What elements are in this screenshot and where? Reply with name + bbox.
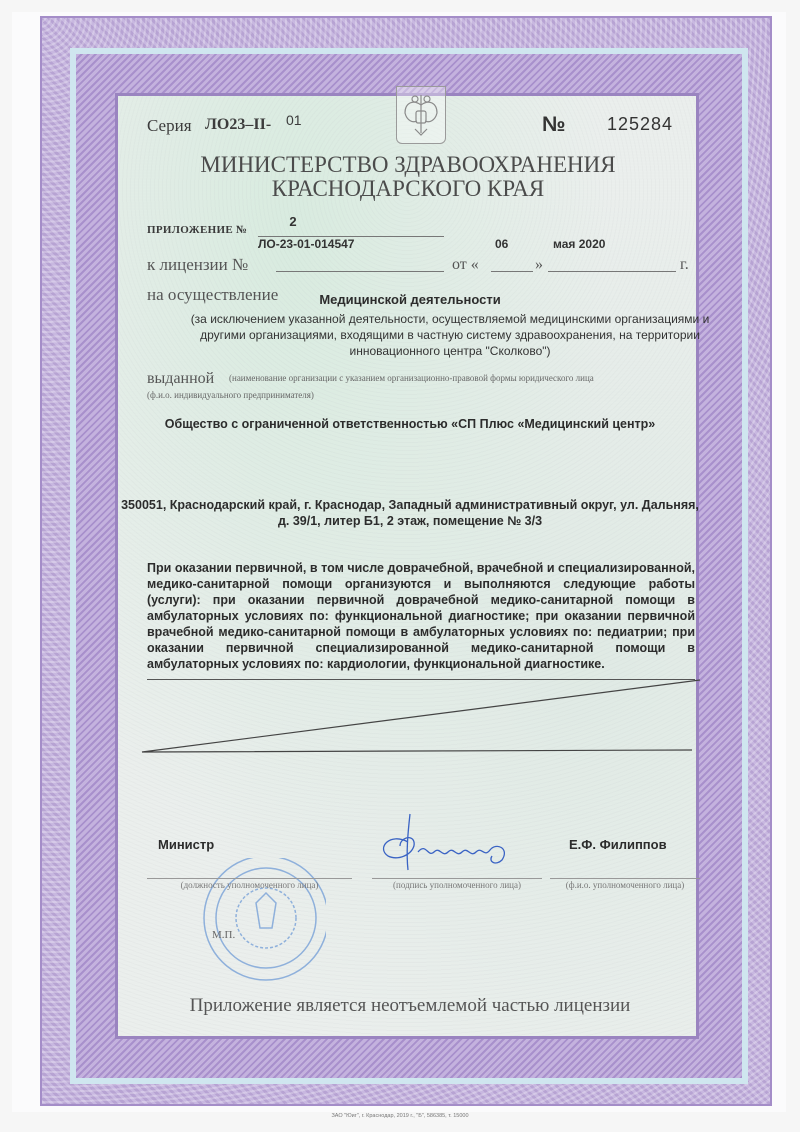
license-month-line [548, 271, 676, 272]
signatory-position: Министр [158, 837, 214, 852]
russian-coat-of-arms-icon [396, 86, 446, 144]
signatory-name: Е.Ф. Филиппов [569, 837, 667, 852]
stamp-place-label: М.П. [212, 929, 235, 941]
series-suffix: 01 [286, 112, 302, 128]
footer-statement: Приложение является неотъемлемой частью … [120, 995, 700, 1017]
name-line [550, 878, 700, 879]
activity-title: Медицинской деятельности [120, 292, 700, 307]
license-form-number: 125284 [607, 114, 673, 135]
signature-line [372, 878, 542, 879]
license-year-suffix: г. [680, 256, 689, 274]
position-line [147, 878, 352, 879]
series-label: Серия [147, 116, 192, 136]
position-caption: (должность уполномоченного лица) [147, 880, 352, 890]
organization-address: 350051, Краснодарский край, г. Краснодар… [120, 497, 700, 529]
organization-name: Общество с ограниченной ответственностью… [120, 417, 700, 431]
license-label: к лицензии № [147, 255, 248, 275]
series-code: ЛО23–II- [205, 116, 271, 134]
license-day: 06 [495, 237, 508, 251]
printer-imprint: ЗАО "Юиг", г. Краснодар, 2019 г., "Б", 5… [250, 1113, 550, 1119]
license-date-close-quote: » [535, 256, 543, 274]
handwritten-signature [370, 812, 520, 876]
signature-caption: (подпись уполномоченного лица) [372, 880, 542, 890]
license-day-line [491, 271, 533, 272]
license-date-from-label: от « [452, 256, 479, 274]
appendix-label: ПРИЛОЖЕНИЕ № [147, 224, 247, 236]
issued-to-label: выданной [147, 370, 214, 388]
ministry-title-line1: МИНИСТЕРСТВО ЗДРАВООХРАНЕНИЯ [120, 152, 696, 178]
appendix-number: 2 [258, 214, 328, 229]
license-number: ЛО-23-01-014547 [258, 237, 354, 251]
ministry-title-line2: КРАСНОДАРСКОГО КРАЯ [120, 176, 696, 202]
license-number-line [276, 271, 444, 272]
activity-exclusion-note: (за исключением указанной деятельности, … [190, 311, 710, 359]
license-month-year: мая 2020 [553, 237, 605, 251]
issued-to-note-entrepreneur: (ф.и.о. индивидуального предпринимателя) [147, 390, 314, 400]
blank-space-z-strike [140, 676, 700, 756]
services-description: При оказании первичной, в том числе довр… [147, 560, 695, 672]
name-caption: (ф.и.о. уполномоченного лица) [550, 880, 700, 890]
issued-to-note: (наименование организации с указанием ор… [229, 373, 709, 383]
number-sign: № [542, 113, 565, 137]
